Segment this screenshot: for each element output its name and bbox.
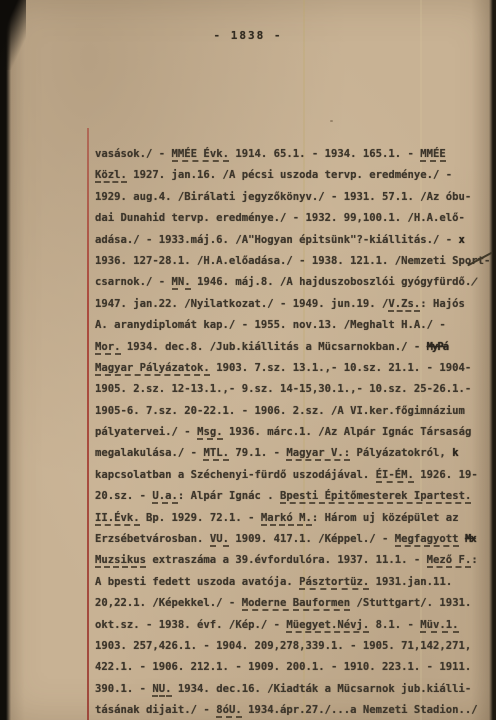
- underlined-text: Muzsikus: [95, 554, 146, 568]
- text-line: A. aranydiplomát kap./ - 1955. nov.13. /…: [95, 315, 491, 336]
- underlined-text: Közl.: [95, 169, 127, 183]
- text-segment: 20.sz. -: [95, 490, 152, 502]
- text-segment: pályatervei./ -: [95, 426, 197, 438]
- text-segment: 422.1. - 1906. 212.1. - 1909. 200.1. - 1…: [95, 661, 471, 673]
- text-line: csarnok./ - MN. 1946. máj.8. /A hajduszo…: [95, 272, 491, 293]
- text-segment: dai Dunahid tervp. eredménye./ - 1932. 9…: [95, 212, 465, 224]
- text-segment: okt.sz. - 1938. évf. /Kép./ -: [95, 619, 286, 631]
- underlined-text: NU.: [152, 683, 171, 697]
- text-segment: Pályázatokról,: [350, 447, 452, 459]
- underlined-text: Bpesti Épitőmesterek Ipartest.: [280, 490, 471, 504]
- text-segment: vasások./ -: [95, 148, 172, 160]
- underlined-text: VU.: [210, 533, 229, 547]
- text-line: 20.sz. - U.a.: Alpár Ignác . Bpesti Épit…: [95, 486, 491, 507]
- underlined-text: ÉI-ÉM.: [376, 469, 414, 483]
- underlined-text: MN.: [172, 276, 191, 290]
- text-line: 390.1. - NU. 1934. dec.16. /Kiadták a Mü…: [95, 679, 491, 700]
- text-segment: 1905-6. 7.sz. 20-22.1. - 1906. 2.sz. /A …: [95, 405, 465, 417]
- underlined-text: Msg.: [197, 426, 223, 440]
- text-segment: 1903. 257,426.1. - 1904. 209,278,339.1. …: [95, 640, 471, 652]
- text-line: Erzsébetvárosban. VU. 1909. 417.1. /Képp…: [95, 529, 491, 550]
- underlined-text: U.a.: [152, 490, 178, 504]
- text-segment: k: [452, 447, 458, 459]
- struck-out-text: Mx: [465, 533, 476, 545]
- text-line: vasások./ - MMÉE Évk. 1914. 65.1. - 1934…: [95, 144, 491, 165]
- paper-speck: [440, 430, 442, 433]
- text-segment: adása./ - 1933.máj.6. /A"Hogyan épitsünk…: [95, 234, 459, 246]
- text-segment: x: [459, 234, 465, 246]
- text-line: Magyar Pályázatok. 1903. 7.sz. 13.1.,- 1…: [95, 358, 491, 379]
- text-segment: Bp. 1929. 72.1. -: [140, 512, 261, 524]
- text-segment: 390.1. -: [95, 683, 152, 695]
- underlined-text: MMÉE Évk.: [172, 148, 229, 162]
- underlined-text: Megfagyott: [395, 533, 459, 547]
- text-segment: tásának dijait./ -: [95, 704, 216, 716]
- text-segment: 1934. dec.16. /Kiadták a Mücsarnok jub.k…: [172, 683, 472, 695]
- scan-edge-left: [0, 0, 11, 720]
- underlined-text: Müv.1.: [420, 619, 458, 633]
- underlined-text: Moderne Bauformen: [242, 597, 350, 611]
- text-line: Mor. 1934. dec.8. /Jub.kiállitás a Mücsa…: [95, 337, 491, 358]
- text-segment: 1936. márc.1. /Az Alpár Ignác Társaság: [223, 426, 472, 438]
- text-segment: A. aranydiplomát kap./ - 1955. nov.13. /…: [95, 319, 446, 331]
- text-segment: 1909. 417.1. /Képpel./ -: [229, 533, 395, 545]
- text-line: 1905. 2.sz. 12-13.1.,- 9.sz. 14-15,30.1.…: [95, 379, 491, 400]
- text-segment: A bpesti fedett uszoda avatója.: [95, 576, 299, 588]
- text-segment: 1946. máj.8. /A hajduszoboszlói gyógyfür…: [191, 276, 472, 288]
- text-segment: 1926. 19-: [414, 469, 478, 481]
- underlined-text: Mező F.: [427, 554, 472, 568]
- underlined-text: MMÉE: [420, 148, 446, 162]
- text-line: tásának dijait./ - 8óU. 1934.ápr.27./...…: [95, 700, 491, 720]
- underlined-text: Müegyet.Névj.: [286, 619, 369, 633]
- text-segment: Erzsébetvárosban.: [95, 533, 210, 545]
- underlined-text: Pásztortüz.: [299, 576, 369, 590]
- underlined-text: 8óU.: [216, 704, 242, 718]
- text-line: okt.sz. - 1938. évf. /Kép./ - Müegyet.Né…: [95, 615, 491, 636]
- underlined-text: Mor.: [95, 341, 121, 355]
- text-segment: : Hajós: [420, 298, 465, 310]
- text-segment: 1934.ápr.27./...a Nemzeti Stadion../: [242, 704, 478, 716]
- text-segment: csarnok./ -: [95, 276, 172, 288]
- text-block: vasások./ - MMÉE Évk. 1914. 65.1. - 1934…: [95, 144, 491, 720]
- underlined-text: II.Évk.: [95, 512, 140, 526]
- text-line: adása./ - 1933.máj.6. /A"Hogyan épitsünk…: [95, 230, 491, 251]
- scanned-page: - 1838 - vasások./ - MMÉE Évk. 1914. 65.…: [0, 0, 496, 720]
- text-segment: 1929. aug.4. /Birálati jegyzőkönyv./ - 1…: [95, 191, 471, 203]
- text-segment: 20,22.1. /Képekkel./ -: [95, 597, 242, 609]
- text-segment: 79.1. -: [229, 447, 286, 459]
- pen-slash: /: [470, 272, 480, 294]
- text-line: 422.1. - 1906. 212.1. - 1909. 200.1. - 1…: [95, 657, 491, 678]
- underlined-text: V.Zs.: [388, 298, 420, 312]
- page-number: - 1838 -: [0, 29, 496, 42]
- red-margin-line: [87, 128, 89, 720]
- text-line: Közl. 1927. jan.16. /A pécsi uszoda terv…: [95, 165, 491, 186]
- text-segment: 1934. dec.8. /Jub.kiállitás a Mücsarnokb…: [121, 341, 427, 353]
- text-line: 1905-6. 7.sz. 20-22.1. - 1906. 2.sz. /A …: [95, 401, 491, 422]
- text-line: 1929. aug.4. /Birálati jegyzőkönyv./ - 1…: [95, 187, 491, 208]
- underlined-text: Magyar V.:: [286, 447, 350, 461]
- text-line: megalakulása./ - MTL. 79.1. - Magyar V.:…: [95, 443, 491, 464]
- text-segment: 8.1. -: [369, 619, 420, 631]
- text-segment: /Stuttgart/. 1931.: [350, 597, 471, 609]
- paper-speck: [150, 520, 152, 522]
- text-segment: megalakulása./ -: [95, 447, 203, 459]
- text-line: 1947. jan.22. /Nyilatkozat./ - 1949. jun…: [95, 294, 491, 315]
- text-segment: 1903. 7.sz. 13.1.,- 10.sz. 21.1. - 1904-: [210, 362, 472, 374]
- text-segment: 1947. jan.22. /Nyilatkozat./ - 1949. jun…: [95, 298, 388, 310]
- text-segment: 1905. 2.sz. 12-13.1.,- 9.sz. 14-15,30.1.…: [95, 383, 471, 395]
- text-segment: 1914. 65.1. - 1934. 165.1. -: [229, 148, 420, 160]
- text-line: 20,22.1. /Képekkel./ - Moderne Bauformen…: [95, 593, 491, 614]
- text-segment: 1927. jan.16. /A pécsi uszoda tervp. ere…: [127, 169, 452, 181]
- underlined-text: MTL.: [203, 447, 229, 461]
- underlined-text: Magyar Pályázatok.: [95, 362, 210, 376]
- text-segment: 1936. 127-28.1. /H.A.előadása./ - 1938. …: [95, 255, 490, 267]
- text-segment: extraszáma a 39.évfordulóra. 1937. 11.1.…: [146, 554, 427, 566]
- text-line: 1936. 127-28.1. /H.A.előadása./ - 1938. …: [95, 251, 491, 272]
- text-line: kapcsolatban a Széchenyi-fürdő uszodájáv…: [95, 465, 491, 486]
- text-line: II.Évk. Bp. 1929. 72.1. - Markó M.: Háro…: [95, 508, 491, 529]
- text-segment: : Alpár Ignác .: [178, 490, 280, 502]
- underlined-text: Markó M.: [261, 512, 312, 526]
- text-segment: kapcsolatban a Széchenyi-fürdő uszodájáv…: [95, 469, 376, 481]
- text-line: 1903. 257,426.1. - 1904. 209,278,339.1. …: [95, 636, 491, 657]
- text-line: Muzsikus extraszáma a 39.évfordulóra. 19…: [95, 550, 491, 571]
- paper-speck: [330, 120, 333, 122]
- text-line: pályatervei./ - Msg. 1936. márc.1. /Az A…: [95, 422, 491, 443]
- text-line: A bpesti fedett uszoda avatója. Pásztort…: [95, 572, 491, 593]
- text-line: dai Dunahid tervp. eredménye./ - 1932. 9…: [95, 208, 491, 229]
- struck-out-text: MyPá: [427, 341, 449, 353]
- text-segment: : Három uj középület az: [312, 512, 459, 524]
- text-segment: 1931.jan.11.: [369, 576, 452, 588]
- text-segment: :: [471, 554, 477, 566]
